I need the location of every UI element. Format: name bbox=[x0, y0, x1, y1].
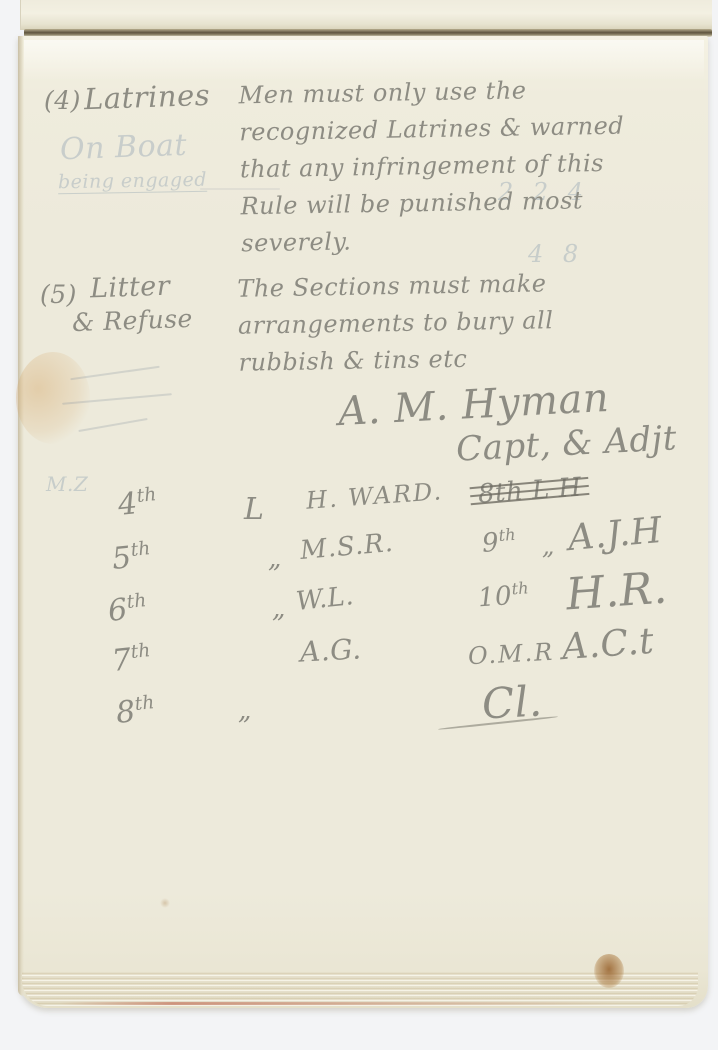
section4-line4: Rule will be punished most bbox=[240, 186, 625, 221]
ordinal-number: 10 bbox=[477, 581, 513, 613]
ordinal-suffix: th bbox=[511, 578, 529, 598]
page-left-edge bbox=[18, 36, 24, 996]
roster-left-row4-ordinal: 7th bbox=[110, 640, 152, 679]
ordinal-suffix: th bbox=[126, 590, 148, 613]
roster-left-row3-initials: W.L. bbox=[295, 581, 356, 617]
notebook-photograph: On Boat being engaged 2 2 4 4 8 M.Z (4) … bbox=[0, 0, 718, 1050]
notebook-binding-strip bbox=[20, 0, 712, 30]
section5-line1: The Sections must make bbox=[237, 269, 553, 303]
roster-right-row2-initials: A.J.H bbox=[566, 510, 664, 559]
ghost-margin-note: M.Z bbox=[46, 472, 88, 496]
section5-body: The Sections must make arrangements to b… bbox=[237, 269, 554, 385]
section4-line1: Men must only use the bbox=[238, 75, 623, 110]
roster-left-row2-mid: „ bbox=[268, 544, 282, 574]
ordinal-suffix: th bbox=[134, 692, 156, 715]
roster-right-row4-initials: A.C.t bbox=[561, 621, 656, 668]
roster-left-row3-mid: „ bbox=[272, 594, 286, 624]
roster-left-row2-ordinal: 5th bbox=[110, 538, 152, 577]
roster-right-row4-label: O.M.R bbox=[467, 638, 555, 670]
ordinal-number: 9 bbox=[481, 528, 500, 559]
section4-line2: recognized Latrines & warned bbox=[239, 112, 624, 147]
section5-number: (5) bbox=[40, 280, 77, 309]
ghost-text-being-engaged: being engaged bbox=[58, 169, 207, 195]
roster-left-row1-ordinal: 4th bbox=[116, 484, 158, 523]
section4-label: Latrines bbox=[83, 78, 210, 116]
roster-left-row5-ordinal: 8th bbox=[114, 692, 156, 731]
ordinal-suffix: th bbox=[130, 640, 152, 663]
ordinal-suffix: th bbox=[498, 525, 516, 545]
page-sheen bbox=[24, 40, 704, 80]
stain-speck bbox=[160, 898, 170, 908]
ordinal-suffix: th bbox=[136, 484, 158, 507]
roster-right-row3-initials: H.R. bbox=[564, 563, 669, 621]
roster-left-row5-mid: „ bbox=[238, 696, 252, 726]
section5-label-line2: & Refuse bbox=[72, 304, 194, 337]
roster-left-row3-ordinal: 6th bbox=[106, 590, 148, 629]
section4-line5: severely. bbox=[241, 223, 626, 258]
roster-left-row4-initials: A.G. bbox=[299, 632, 362, 668]
section5-line3: rubbish & tins etc bbox=[238, 343, 554, 377]
roster-right-row3-ordinal: 10th bbox=[477, 578, 530, 613]
section4-body: Men must only use the recognized Latrine… bbox=[238, 75, 626, 267]
stain-bottom-right bbox=[594, 954, 624, 988]
roster-right-row2-mid: „ bbox=[542, 532, 555, 560]
section5-label-line1: Litter bbox=[89, 271, 170, 305]
page-stack-red-edge bbox=[60, 1002, 620, 1005]
ordinal-suffix: th bbox=[130, 538, 152, 561]
section4-number: (4) bbox=[44, 86, 81, 115]
ghost-text-on-boat: On Boat bbox=[59, 128, 187, 167]
section5-line2: arrangements to bury all bbox=[238, 306, 554, 340]
roster-right-row2-ordinal: 9th bbox=[481, 525, 517, 559]
roster-left-row1-mid: L bbox=[244, 492, 264, 527]
section4-line3: that any infringement of this bbox=[240, 149, 625, 184]
